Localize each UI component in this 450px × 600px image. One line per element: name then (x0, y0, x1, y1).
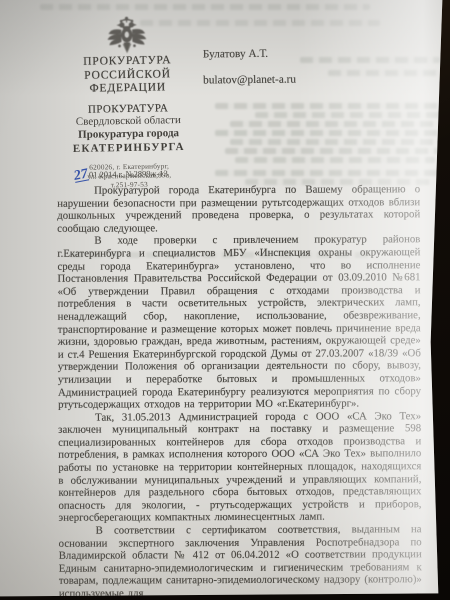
body-paragraph: В ходе проверки с привлечением прокурату… (57, 234, 421, 412)
letter-body: Прокуратурой города Екатеринбурга по Ваш… (57, 183, 422, 600)
date-number-line: 2701.2014 г. №2899ж-13 (74, 168, 168, 181)
body-paragraph: Прокуратурой города Екатеринбурга по Ваш… (57, 183, 420, 235)
russia-coat-of-arms-icon (103, 16, 150, 55)
body-paragraph: В соответствии с сертификатом соответств… (59, 523, 422, 600)
paper-sheet: ПРОКУРАТУРА РОССИЙСКОЙ ФЕДЕРАЦИИ ПРОКУРА… (0, 0, 450, 600)
body-paragraph: Так, 31.05.2013 Администрацией города с … (58, 410, 421, 525)
handwritten-day: 27 (73, 169, 89, 182)
document-photo: ПРОКУРАТУРА РОССИЙСКОЙ ФЕДЕРАЦИИ ПРОКУРА… (0, 0, 450, 600)
org-name-line2: РОССИЙСКОЙ ФЕДЕРАЦИИ (47, 67, 207, 97)
org-city-line2: ЕКАТЕРИНБУРГА (49, 140, 209, 157)
letterhead: ПРОКУРАТУРА РОССИЙСКОЙ ФЕДЕРАЦИИ ПРОКУРА… (46, 15, 209, 191)
addressee-name: Булатову А.Т. (203, 48, 296, 61)
addressee-block: Булатову А.Т. bulatov@planet-a.ru (203, 48, 296, 87)
addressee-email: bulatov@planet-a.ru (203, 74, 296, 87)
date-number-printed: 01.2014 г. №2899ж-13 (89, 168, 168, 179)
